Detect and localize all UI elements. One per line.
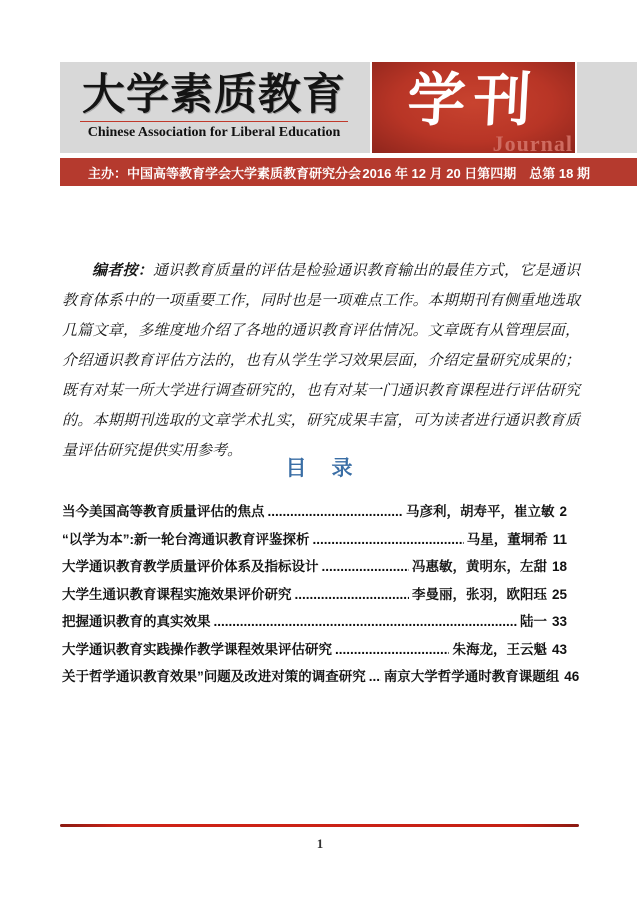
toc-entry-page: 2: [559, 498, 567, 526]
editor-note-label: 编者按：: [92, 263, 153, 279]
toc-leader-dots: [322, 553, 409, 581]
page-number: 1: [0, 836, 640, 852]
toc-entry-page: 43: [552, 636, 567, 664]
journal-red-box: 学刊 Journal: [370, 62, 577, 153]
toc-entry-page: 11: [553, 526, 567, 554]
toc-entry: 大学生通识教育课程实施效果评价研究李曼丽，张羽，欧阳珏25: [62, 581, 567, 609]
toc-heading: 目 录: [0, 452, 640, 482]
journal-subtitle-english: Chinese Association for Liberal Educatio…: [88, 125, 341, 141]
toc-entry: 大学通识教育实践操作教学课程效果评估研究朱海龙，王云魁43: [62, 636, 567, 664]
toc-entry-title: 大学通识教育实践操作教学课程效果评估研究: [62, 636, 332, 664]
toc-entry-page: 33: [552, 608, 567, 636]
toc-entry-title: 当今美国高等教育质量评估的焦点: [62, 498, 265, 526]
issue-info: 2016 年 12 月 20 日第四期 总第 18 期: [362, 163, 637, 182]
toc-entry-page: 46: [564, 663, 579, 691]
journal-title-chinese: 大学素质教育: [82, 74, 346, 117]
editor-note-body: 通识教育质量的评估是检验通识教育输出的最佳方式，它是通识教育体系中的一项重要工作…: [62, 263, 580, 459]
toc-entry-authors: 南京大学哲学通时教育课题组: [384, 663, 560, 691]
toc-entry-title: 大学通识教育教学质量评价体系及指标设计: [62, 553, 319, 581]
journal-word-english: Journal: [493, 131, 573, 153]
toc-leader-dots: [369, 663, 381, 691]
toc-entry-authors: 冯惠敏，黄明东，左甜: [412, 553, 547, 581]
toc-entry-title: 大学生通识教育课程实施效果评价研究: [62, 581, 292, 609]
toc-leader-dots: [268, 498, 403, 526]
toc-entry-authors: 马彦利，胡寿平，崔立敏: [406, 498, 555, 526]
toc-entry-authors: 马星，董垌希: [467, 526, 548, 554]
toc-entry: 大学通识教育教学质量评价体系及指标设计冯惠敏，黄明东，左甜18: [62, 553, 567, 581]
title-underline: [80, 121, 348, 122]
toc-list: 当今美国高等教育质量评估的焦点马彦利，胡寿平，崔立敏2“以学为本”:新一轮台湾通…: [62, 498, 567, 691]
toc-leader-dots: [313, 526, 464, 554]
organizer-bar: 主办：中国高等教育学会大学素质教育研究分会 2016 年 12 月 20 日第四…: [60, 158, 637, 186]
toc-entry: 把握通识教育的真实效果陆一33: [62, 608, 567, 636]
toc-leader-dots: [295, 581, 409, 609]
toc-entry-authors: 陆一: [520, 608, 547, 636]
toc-entry-title: “以学为本”:新一轮台湾通识教育评鉴探析: [62, 526, 310, 554]
masthead: 大学素质教育 Chinese Association for Liberal E…: [60, 62, 637, 153]
brand-block: 大学素质教育 Chinese Association for Liberal E…: [60, 62, 368, 153]
journal-word-chinese: 学刊: [370, 68, 576, 135]
toc-entry-title: 把握通识教育的真实效果: [62, 608, 211, 636]
toc-entry-authors: 李曼丽，张羽，欧阳珏: [412, 581, 547, 609]
toc-leader-dots: [335, 636, 449, 664]
toc-entry: “以学为本”:新一轮台湾通识教育评鉴探析马星，董垌希11: [62, 526, 567, 554]
organizer-text: 主办：中国高等教育学会大学素质教育研究分会: [60, 163, 361, 182]
toc-entry-authors: 朱海龙，王云魁: [452, 636, 547, 664]
toc-entry-page: 18: [552, 553, 567, 581]
toc-entry: 关于哲学通识教育效果”问题及改进对策的调查研究南京大学哲学通时教育课题组46: [62, 663, 567, 691]
toc-entry-title: 关于哲学通识教育效果”问题及改进对策的调查研究: [62, 663, 366, 691]
toc-entry: 当今美国高等教育质量评估的焦点马彦利，胡寿平，崔立敏2: [62, 498, 567, 526]
toc-entry-page: 25: [552, 581, 567, 609]
editor-note: 编者按：通识教育质量的评估是检验通识教育输出的最佳方式，它是通识教育体系中的一项…: [62, 256, 580, 466]
journal-cover-page: 大学素质教育 Chinese Association for Liberal E…: [0, 0, 640, 905]
toc-leader-dots: [214, 608, 517, 636]
footer-rule: [60, 824, 579, 827]
